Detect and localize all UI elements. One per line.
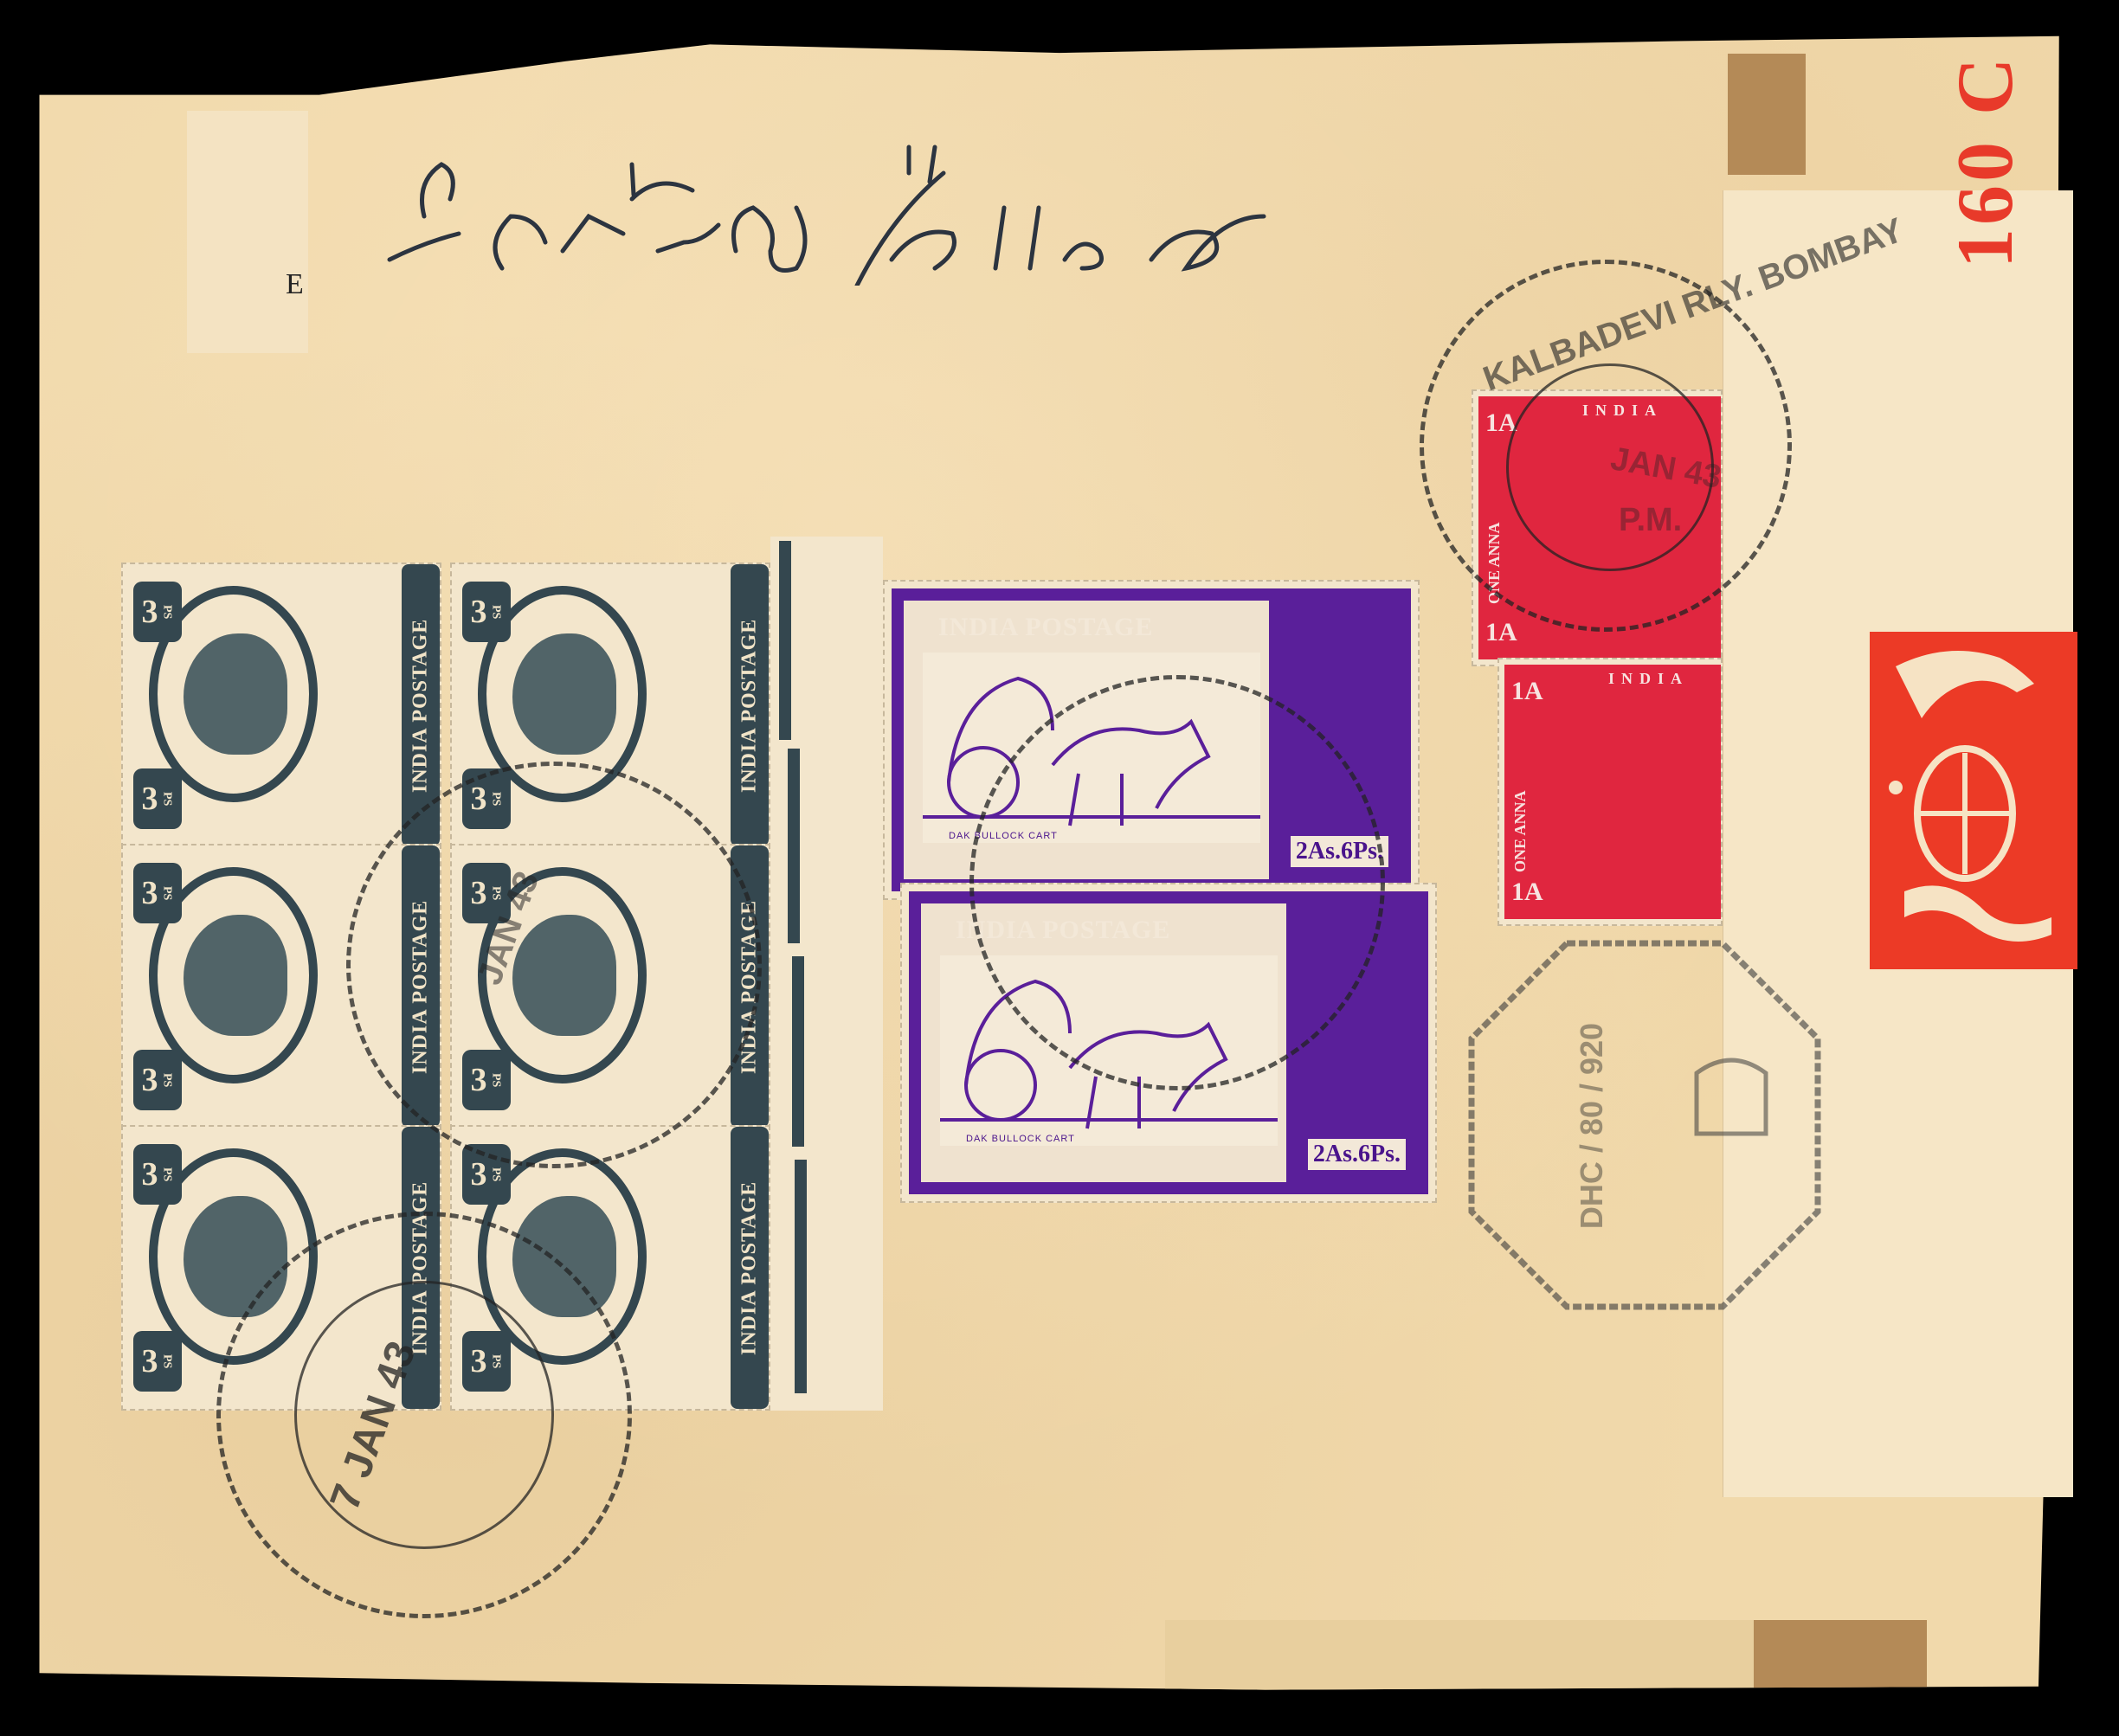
handwritten-address (372, 138, 1368, 286)
stamp-legend: INDIA (1608, 670, 1689, 688)
censor-octagonal-handstamp (1463, 935, 1826, 1315)
stamp-legend: ONE ANNA (1511, 734, 1530, 872)
value-tablet: 3PS (133, 1144, 182, 1205)
censor-octagonal-text: DHC / 80 / 920 (1574, 1023, 1610, 1229)
postmark-dubai-lower-inner (294, 1281, 554, 1549)
stamp-legend: INDIA POSTAGE (731, 564, 769, 846)
king-portrait-icon (184, 915, 287, 1036)
value-tablet: 3PS (462, 582, 511, 642)
stamp-value: 1A (1511, 878, 1543, 907)
stamp-value: 1A (1485, 618, 1517, 647)
king-portrait-icon (184, 633, 287, 755)
paper-patch (187, 111, 308, 353)
stamp-value: 2As.6Ps. (1308, 1139, 1406, 1170)
stamp-value: 1A (1511, 677, 1543, 706)
stamp-frame: INDIA 1A 1A ONE ANNA (1504, 665, 1721, 919)
censor-number: 160 C (1939, 55, 2031, 268)
value-tablet: 3PS (133, 1331, 182, 1392)
postmark-kalbadevi-time: P.M. (1619, 502, 1682, 539)
royal-arms-icon (1870, 632, 2077, 969)
margin-line (792, 956, 804, 1147)
king-portrait-icon (512, 633, 616, 755)
tape-top-right (1728, 54, 1806, 175)
stamp-title: INDIA POSTAGE (938, 613, 1153, 642)
stamp-legend: INDIA POSTAGE (731, 1127, 769, 1409)
stamp-grey-3ps: 3PS 3PS INDIA POSTAGE (121, 563, 441, 848)
postmark-dubai-middle (346, 762, 762, 1168)
value-tablet: 3PS (133, 863, 182, 923)
margin-line (788, 749, 800, 943)
value-tablet: 3PS (133, 1050, 182, 1110)
stamp-red-one-anna: INDIA 1A 1A ONE ANNA (1497, 658, 1723, 926)
margin-line (795, 1160, 807, 1393)
value-tablet: 3PS (133, 768, 182, 829)
tape-bottom-right (1754, 1620, 1927, 1715)
stamp-caption: DAK BULLOCK CART (966, 1134, 1075, 1144)
postmark-dubai-purple (969, 675, 1385, 1090)
printed-letter-mark: E (286, 268, 304, 301)
paper-fold-strip (1165, 1620, 1754, 1715)
margin-line (779, 541, 791, 740)
value-tablet: 3PS (133, 582, 182, 642)
